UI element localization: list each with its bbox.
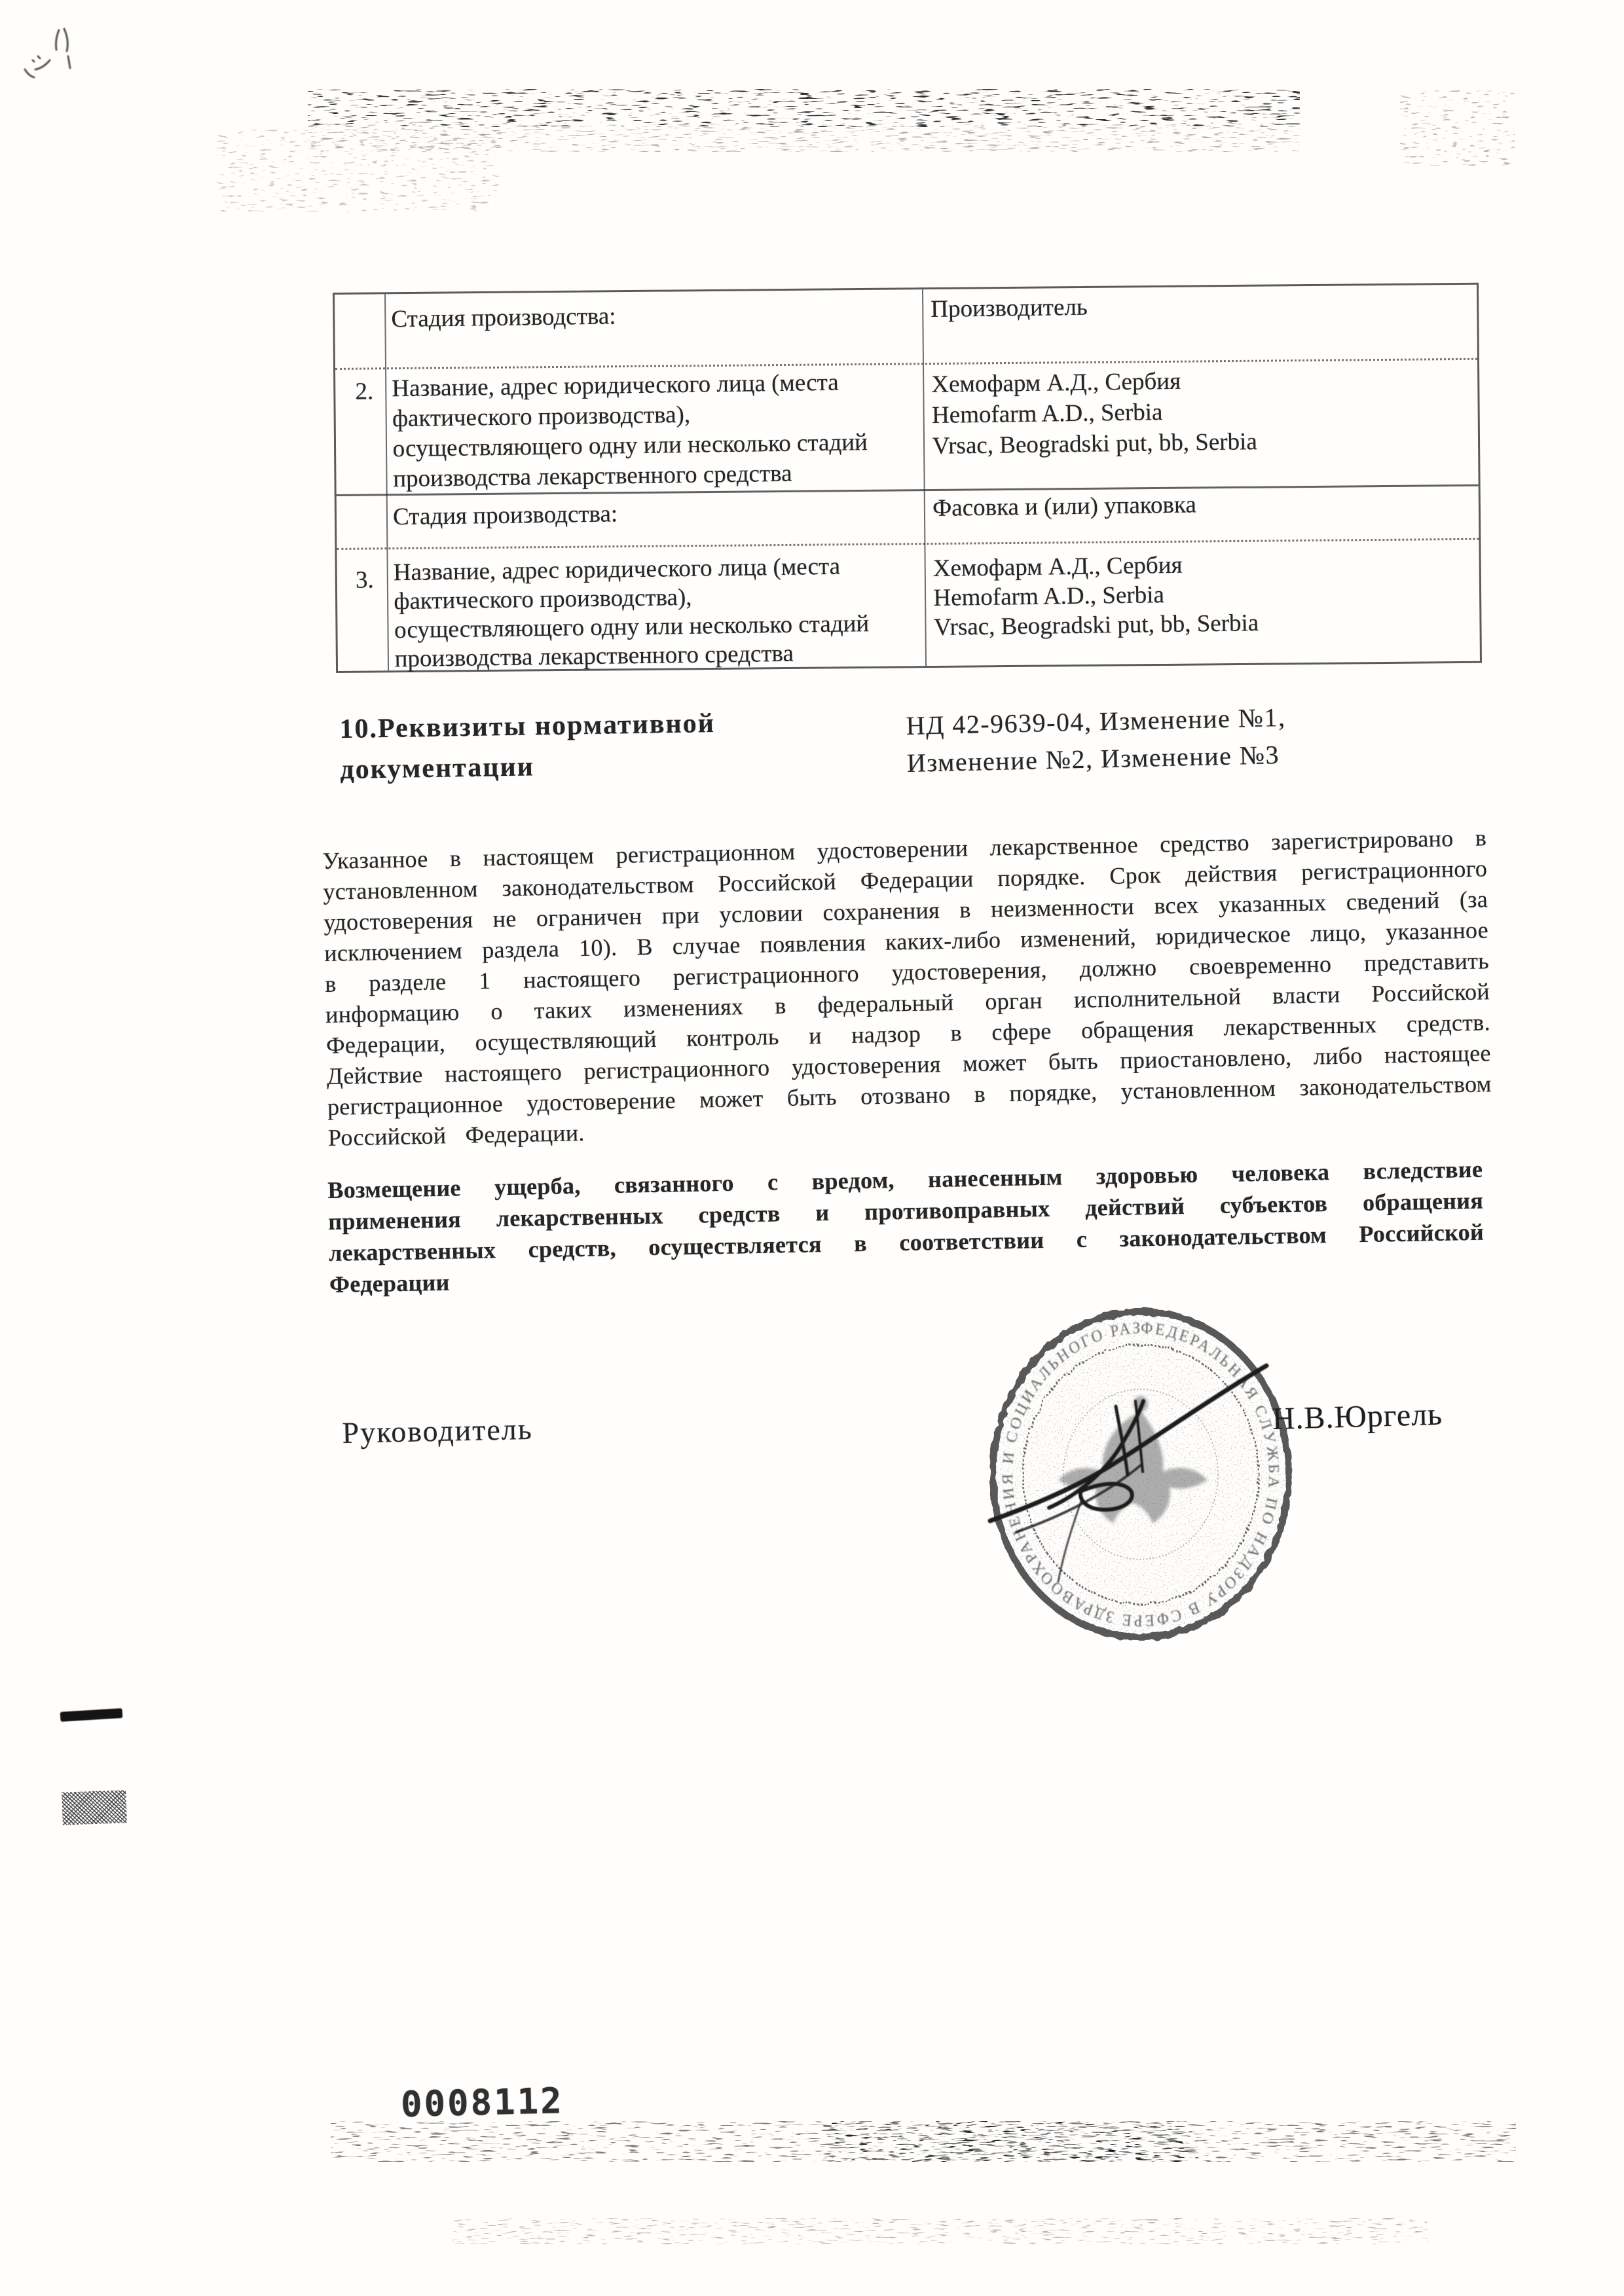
section10-value: НД 42-9639-04, Изменение №1, Изменение №… [906,696,1405,782]
stage-label: Стадия производства: [393,495,911,532]
pen-scribble-mark [12,18,97,97]
signatory-role-label: Руководитель [342,1412,533,1450]
manufacturer-value: Хемофарм А.Д., Сербия Hemofarm A.D., Ser… [933,547,1468,642]
stage-value: Производитель [931,287,1462,325]
manufacturer-label: Название, адрес юридического лица (места… [392,367,920,494]
scan-noise-patch-left [217,130,499,211]
scan-noise-band-bottom-faint [452,2218,1428,2244]
certificate-serial-number: 0008112 [400,2080,564,2125]
section10-title: 10.Реквизиты нормативной документации [339,702,786,790]
manufacturer-value: Хемофарм А.Д., Сербия Hemofarm A.D., Ser… [931,362,1466,462]
scan-noise-band-bottom-dense [832,2121,1198,2162]
official-round-seal: ФЕДЕРАЛЬНАЯ СЛУЖБА ПО НАДЗОРУ В СФЕРЕ ЗД… [944,1288,1350,1665]
table-middle-column-divider [922,289,927,666]
entry-number: 3. [356,565,385,596]
signatory-name: Н.В.Юргель [1272,1396,1443,1437]
scan-noise-band-top [308,89,1300,127]
liability-paragraph: Возмещение ущерба, связанного с вредом, … [327,1154,1485,1300]
production-stages-table: Стадия производства: Производитель 2. На… [333,283,1482,673]
scanned-certificate-page: Стадия производства: Производитель 2. На… [0,0,1624,2296]
scan-noise-patch-top-right [1400,90,1515,166]
registration-terms-paragraph: Указанное в настоящем регистрационном уд… [322,822,1492,1154]
stage-label: Стадия производства: [391,297,909,335]
table-number-column-divider [384,294,389,670]
entry-number: 2. [355,376,384,407]
ink-dash-mark [60,1708,123,1722]
halftone-smudge-mark [62,1790,127,1825]
stage-value: Фасовка и (или) упаковка [932,486,1464,524]
manufacturer-label: Название, адрес юридического лица (места… [394,551,922,674]
